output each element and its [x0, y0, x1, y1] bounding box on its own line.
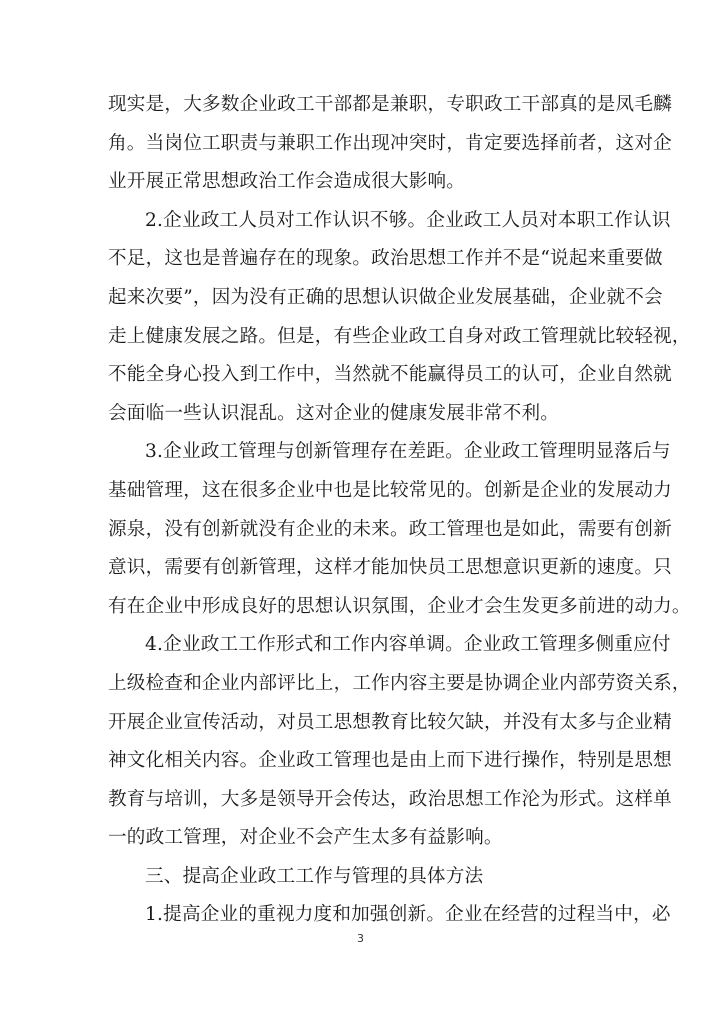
text-line: 上级检查和企业内部评比上，工作内容主要是协调企业内部劳资关系，	[108, 665, 614, 704]
text-line: 走上健康发展之路。但是，有些企业政工自身对政工管理就比较轻视，	[108, 318, 614, 357]
text-line: 会面临一些认识混乱。这对企业的健康发展非常不利。	[108, 395, 614, 434]
text-line: 有在企业中形成良好的思想认识氛围，企业才会生发更多前进的动力。	[108, 588, 614, 627]
numbered-paragraph-start: 3.企业政工管理与创新管理存在差距。企业政工管理明显落后与	[108, 433, 614, 472]
text-line: 开展企业宣传活动，对员工思想教育比较欠缺，并没有太多与企业精	[108, 704, 614, 743]
text-line: 教育与培训，大多是领导开会传达，政治思想工作沦为形式。这样单	[108, 781, 614, 820]
text-line: 基础管理，这在很多企业中也是比较常见的。创新是企业的发展动力	[108, 472, 614, 511]
numbered-paragraph-start: 1.提高企业的重视力度和加强创新。企业在经营的过程当中，必	[108, 896, 614, 935]
text-line: 不能全身心投入到工作中，当然就不能赢得员工的认可，企业自然就	[108, 356, 614, 395]
text-line: 一的政工管理，对企业不会产生太多有益影响。	[108, 819, 614, 858]
text-line: 业开展正常思想政治工作会造成很大影响。	[108, 163, 614, 202]
document-page: 现实是，大多数企业政工干部都是兼职，专职政工干部真的是凤毛麟 角。当岗位工职责与…	[0, 0, 721, 1020]
numbered-paragraph-start: 4.企业政工工作形式和工作内容单调。企业政工管理多侧重应付	[108, 626, 614, 665]
text-line: 意识，需要有创新管理，这样才能加快员工思想意识更新的速度。只	[108, 549, 614, 588]
page-number: 3	[0, 932, 721, 945]
text-line: 不足，这也是普遍存在的现象。政治思想工作并不是“说起来重要做	[108, 240, 614, 279]
numbered-paragraph-start: 2.企业政工人员对工作认识不够。企业政工人员对本职工作认识	[108, 202, 614, 241]
document-body: 现实是，大多数企业政工干部都是兼职，专职政工干部真的是凤毛麟 角。当岗位工职责与…	[108, 86, 614, 935]
text-line: 神文化相关内容。企业政工管理也是由上而下进行操作，特别是思想	[108, 742, 614, 781]
text-line: 起来次要”，因为没有正确的思想认识做企业发展基础，企业就不会	[108, 279, 614, 318]
text-line: 角。当岗位工职责与兼职工作出现冲突时，肯定要选择前者，这对企	[108, 125, 614, 164]
text-line: 现实是，大多数企业政工干部都是兼职，专职政工干部真的是凤毛麟	[108, 86, 614, 125]
text-line: 源泉，没有创新就没有企业的未来。政工管理也是如此，需要有创新	[108, 511, 614, 550]
section-heading: 三、提高企业政工工作与管理的具体方法	[108, 858, 614, 897]
